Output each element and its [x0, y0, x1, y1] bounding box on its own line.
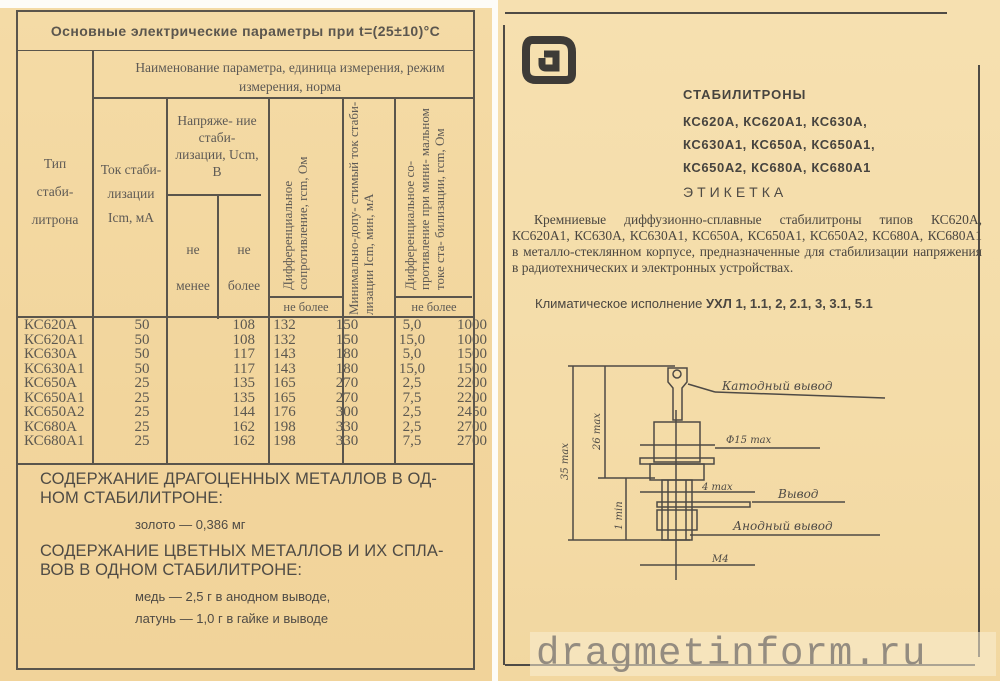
cell-i: 25	[97, 434, 187, 449]
cell-umin: 162	[187, 420, 261, 435]
cell-umax: 176	[261, 405, 308, 420]
table-row: КС630А15011714318015,01500	[22, 362, 506, 377]
cell-rmin: 1000	[438, 333, 506, 348]
climate-value: УХЛ 1, 1.1, 2, 2.1, 3, 3.1, 5.1	[706, 296, 873, 311]
cell-imin: 5,0	[386, 347, 438, 362]
cell-rmin: 2200	[438, 391, 506, 406]
frame-line	[503, 25, 505, 665]
model-line: КС620А, КС620А1, КС630А,	[683, 110, 943, 133]
cell-i: 25	[97, 376, 187, 391]
frame-line	[505, 12, 947, 14]
diameter-label: Ф15 max	[726, 435, 772, 446]
model-line: КС630А1, КС650А, КС650А1,	[683, 133, 943, 156]
min-dim-label: 1 min	[614, 501, 625, 530]
cell-type: КС620А1	[22, 333, 97, 348]
brass-content: латунь — 1,0 г в гайке и выводе	[40, 610, 460, 628]
cell-rmin: 1000	[438, 318, 506, 333]
cell-imin: 2,5	[386, 405, 438, 420]
cell-type: КС620А	[22, 318, 97, 333]
cell-umin: 108	[187, 318, 261, 333]
cell-i: 25	[97, 405, 187, 420]
cell-umax: 165	[261, 376, 308, 391]
col-voltage-min-header: не менее	[170, 232, 216, 304]
cell-type: КС630А1	[22, 362, 97, 377]
divider	[167, 194, 261, 196]
frame-line	[978, 65, 980, 657]
cell-type: КС680А1	[22, 434, 97, 449]
cell-r: 150	[308, 318, 386, 333]
cell-r: 330	[308, 434, 386, 449]
cell-imin: 7,5	[386, 391, 438, 406]
total-dim-label: 35 max	[560, 443, 571, 480]
col-voltage-header: Напряже- ние стаби- лизации, Uсm, В	[172, 112, 262, 180]
cathode-lead-label: Катодный вывод	[721, 379, 833, 393]
body-dim-label: 26 max	[592, 413, 603, 451]
cell-i: 50	[97, 318, 187, 333]
not-more-label: не более	[272, 298, 340, 317]
cell-i: 50	[97, 333, 187, 348]
col-current-header: Ток стаби- лизации Iсm, мА	[100, 158, 162, 230]
cell-umax: 132	[261, 333, 308, 348]
climate-label: Климатическое исполнение	[535, 296, 702, 311]
table-row: КС650А251351652702,52200	[22, 376, 506, 391]
cell-umin: 135	[187, 391, 261, 406]
cell-imin: 15,0	[386, 362, 438, 377]
cell-rmin: 1500	[438, 347, 506, 362]
metals-content: СОДЕРЖАНИЕ ДРАГОЦЕННЫХ МЕТАЛЛОВ В ОД- НО…	[40, 470, 460, 636]
cell-imin: 2,5	[386, 376, 438, 391]
table-row: КС650А2251441763002,52450	[22, 405, 506, 420]
cell-rmin: 1500	[438, 362, 506, 377]
cell-imin: 7,5	[386, 434, 438, 449]
climate-spec: Климатическое исполнение УХЛ 1, 1.1, 2, …	[535, 296, 873, 311]
cell-umin: 144	[187, 405, 261, 420]
cell-r: 150	[308, 333, 386, 348]
nonferrous-metals-heading: СОДЕРЖАНИЕ ЦВЕТНЫХ МЕТАЛЛОВ И ИХ СПЛА- В…	[40, 542, 460, 580]
cell-r: 270	[308, 391, 386, 406]
table-row: КС630А501171431805,01500	[22, 347, 506, 362]
copper-content: медь — 2,5 г в анодном выводе,	[40, 588, 460, 606]
cell-i: 25	[97, 420, 187, 435]
model-line: КС650А2, КС680А, КС680А1	[683, 156, 943, 179]
table-row: КС620А15010813215015,01000	[22, 333, 506, 348]
cell-rmin: 2450	[438, 405, 506, 420]
cell-imin: 2,5	[386, 420, 438, 435]
cell-r: 330	[308, 420, 386, 435]
table-row: КС680А251621983302,52700	[22, 420, 506, 435]
manufacturer-logo-icon	[522, 34, 578, 84]
table-row: КС650А1251351652707,52200	[22, 391, 506, 406]
not-more-label: не более	[398, 298, 470, 317]
params-title: Основные электрические параметры при t=(…	[18, 12, 473, 51]
cell-i: 25	[97, 391, 187, 406]
cell-umax: 143	[261, 347, 308, 362]
watermark: dragmetinform.ru	[530, 632, 996, 676]
cell-imin: 5,0	[386, 318, 438, 333]
description: Кремниевые диффузионно-сплавные стабилит…	[512, 212, 982, 276]
col-min-current-header: Минимально-допу- стимый ток стаби- лизац…	[346, 100, 376, 315]
col-diff-res-header: Дифференциальное сопротивление, rсm, Ом	[280, 110, 310, 290]
table-row: КС620А501081321505,01000	[22, 318, 506, 333]
cell-r: 300	[308, 405, 386, 420]
cell-umax: 132	[261, 318, 308, 333]
divider	[217, 195, 219, 319]
cell-umin: 117	[187, 347, 261, 362]
cell-type: КС680А	[22, 420, 97, 435]
cell-imin: 15,0	[386, 333, 438, 348]
param-group-header: Наименование параметра, единица измерени…	[110, 58, 470, 96]
cell-umin: 162	[187, 434, 261, 449]
cell-umin: 135	[187, 376, 261, 391]
cell-r: 270	[308, 376, 386, 391]
cell-umin: 117	[187, 362, 261, 377]
four-max-label: 4 max	[701, 482, 733, 493]
cell-umax: 143	[261, 362, 308, 377]
col-type-header: Тип стаби- литрона	[24, 150, 86, 234]
model-list: КС620А, КС620А1, КС630А, КС630А1, КС650А…	[683, 110, 943, 179]
params-table: КС620А501081321505,01000КС620А1501081321…	[22, 318, 506, 449]
cell-umax: 198	[261, 420, 308, 435]
cell-type: КС650А2	[22, 405, 97, 420]
gold-content: золото — 0,386 мг	[40, 516, 460, 534]
cell-umax: 198	[261, 434, 308, 449]
anode-lead-label: Анодный вывод	[732, 519, 833, 533]
cell-type: КС630А	[22, 347, 97, 362]
cell-r: 180	[308, 362, 386, 377]
thread-label: M4	[711, 554, 729, 565]
product-title: СТАБИЛИТРОНЫ	[683, 87, 806, 102]
cell-type: КС650А1	[22, 391, 97, 406]
label-heading: ЭТИКЕТКА	[683, 184, 787, 200]
table-row: КС680А1251621983307,52700	[22, 434, 506, 449]
cell-umax: 165	[261, 391, 308, 406]
cell-rmin: 2200	[438, 376, 506, 391]
precious-metals-heading: СОДЕРЖАНИЕ ДРАГОЦЕННЫХ МЕТАЛЛОВ В ОД- НО…	[40, 470, 460, 508]
cell-type: КС650А	[22, 376, 97, 391]
cell-rmin: 2700	[438, 420, 506, 435]
cell-umin: 108	[187, 333, 261, 348]
cell-i: 50	[97, 347, 187, 362]
col-diff-res-min-header: Дифференциальное со- противление при мин…	[402, 95, 447, 290]
cell-r: 180	[308, 347, 386, 362]
col-voltage-max-header: не более	[222, 232, 266, 304]
cell-i: 50	[97, 362, 187, 377]
cell-rmin: 2700	[438, 434, 506, 449]
lead-label: Вывод	[777, 487, 819, 501]
divider	[18, 463, 473, 465]
diode-outline-drawing: Катодный вывод Ф15 max Вывод 4 max Анодн…	[540, 340, 900, 590]
